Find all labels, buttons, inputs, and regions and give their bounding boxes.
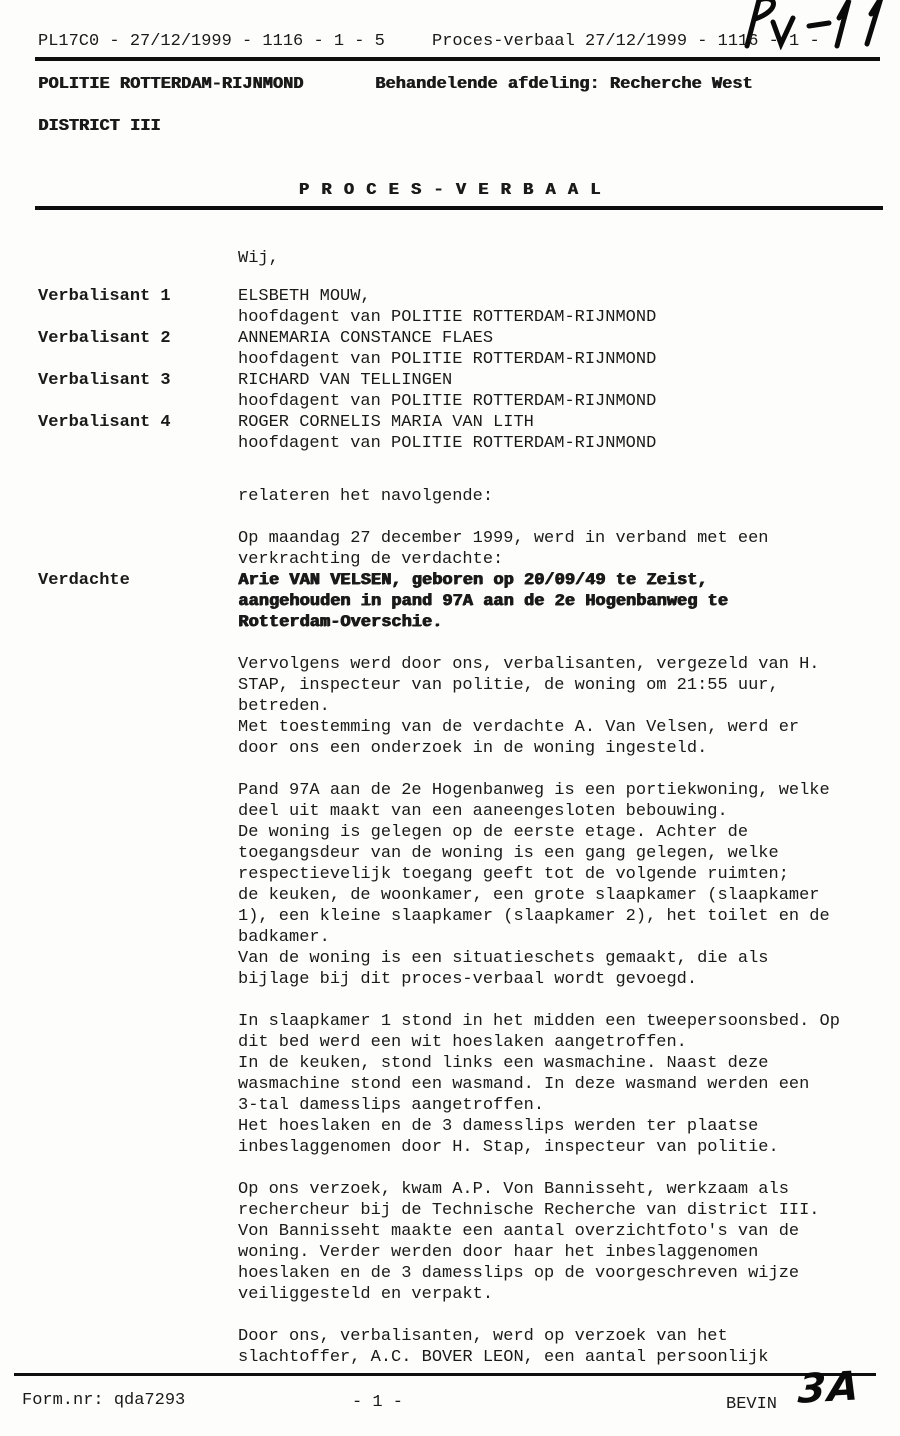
verbalisant-name-role: ANNEMARIA CONSTANCE FLAEShoofdagent van … [238, 328, 656, 370]
verbalisant-name-role: ELSBETH MOUW,hoofdagent van POLITIE ROTT… [238, 286, 656, 328]
page-number: - 1 - [352, 1392, 403, 1413]
verbalisant-name: ANNEMARIA CONSTANCE FLAES [238, 329, 493, 348]
body-paragraph: Door ons, verbalisanten, werd op verzoek… [238, 1326, 883, 1368]
body-paragraph: In slaapkamer 1 stond in het midden een … [238, 1011, 883, 1158]
relateren-line: relateren het navolgende: [238, 486, 493, 507]
body-paragraph: Op ons verzoek, kwam A.P. Von Bannisseht… [238, 1179, 883, 1305]
header-rule [35, 57, 880, 61]
body-paragraph: Pand 97A aan de 2e Hogenbanweg is een po… [238, 780, 883, 990]
footer-rule [14, 1373, 876, 1376]
org-name: POLITIE ROTTERDAM-RIJNMOND [38, 74, 303, 95]
bevin-label: BEVIN [726, 1394, 777, 1415]
verbalisant-role: hoofdagent van POLITIE ROTTERDAM-RIJNMON… [238, 392, 656, 411]
title-rule [35, 206, 883, 210]
verbalisant-name-role: ROGER CORNELIS MARIA VAN LITHhoofdagent … [238, 412, 656, 454]
form-number: Form.nr: qda7293 [22, 1390, 185, 1411]
verbalisant-name: ELSBETH MOUW, [238, 287, 371, 306]
verbalisant-label: Verbalisant 2 [38, 328, 171, 349]
district-line: DISTRICT III [38, 116, 160, 137]
verbalisant-label: Verbalisant 4 [38, 412, 171, 433]
suspect-details: Arie VAN VELSEN, geboren op 20/09/49 te … [238, 570, 878, 633]
header-reference-left: PL17C0 - 27/12/1999 - 1116 - 1 - 5 [38, 31, 385, 52]
verbalisant-row: Verbalisant 2 ANNEMARIA CONSTANCE FLAESh… [38, 328, 868, 370]
verbalisant-row: Verbalisant 1 ELSBETH MOUW,hoofdagent va… [38, 286, 868, 328]
proces-verbaal-scan-page: PL17C0 - 27/12/1999 - 1116 - 1 - 5 Proce… [0, 0, 900, 1436]
handwritten-page-mark: 3A [797, 1376, 861, 1400]
verbalisant-label: Verbalisant 1 [38, 286, 171, 307]
verbalisant-role: hoofdagent van POLITIE ROTTERDAM-RIJNMON… [238, 434, 656, 453]
verbalisant-name: ROGER CORNELIS MARIA VAN LITH [238, 413, 534, 432]
suspect-label: Verdachte [38, 570, 130, 591]
verbalisant-name: RICHARD VAN TELLINGEN [238, 371, 452, 390]
verbalisant-name-role: RICHARD VAN TELLINGENhoofdagent van POLI… [238, 370, 656, 412]
intro-wij: Wij, [238, 248, 279, 269]
verbalisant-role: hoofdagent van POLITIE ROTTERDAM-RIJNMON… [238, 350, 656, 369]
verbalisant-label: Verbalisant 3 [38, 370, 171, 391]
department-line: Behandelende afdeling: Recherche West [375, 74, 752, 95]
body-paragraph: Vervolgens werd door ons, verbalisanten,… [238, 654, 883, 759]
document-title: P R O C E S - V E R B A A L [0, 180, 900, 201]
verbalisanten-list: Verbalisant 1 ELSBETH MOUW,hoofdagent va… [38, 286, 868, 454]
header-reference-right: Proces-verbaal 27/12/1999 - 1116 - 1 - [432, 31, 820, 52]
verbalisant-role: hoofdagent van POLITIE ROTTERDAM-RIJNMON… [238, 308, 656, 327]
verbalisant-row: Verbalisant 4 ROGER CORNELIS MARIA VAN L… [38, 412, 868, 454]
verbalisant-row: Verbalisant 3 RICHARD VAN TELLINGENhoofd… [38, 370, 868, 412]
arrest-intro-paragraph: Op maandag 27 december 1999, werd in ver… [238, 528, 878, 570]
